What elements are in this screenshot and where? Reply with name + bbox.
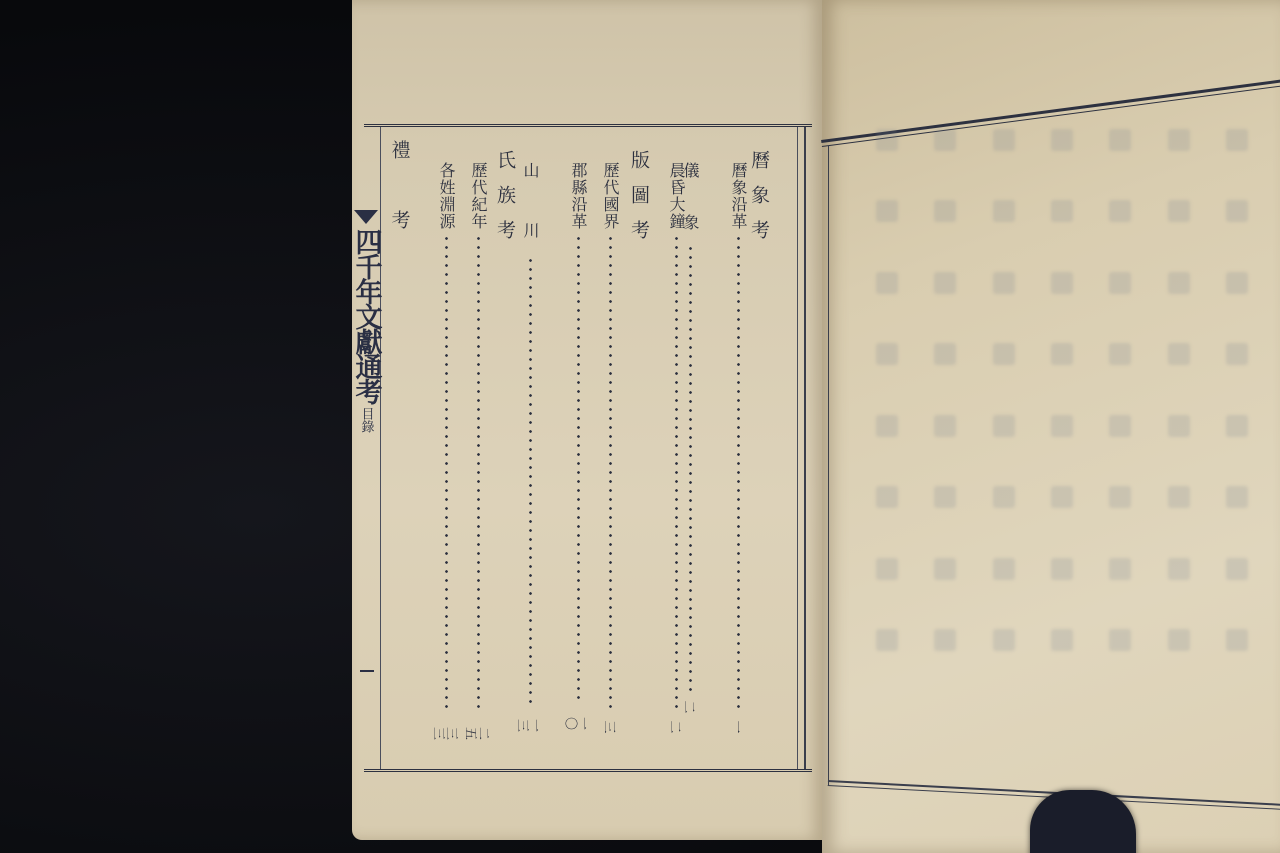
- spine-title: 四千年文獻通考: [353, 228, 380, 403]
- leaf-number-mark: [360, 670, 374, 672]
- entry-text: 各姓淵源: [438, 162, 454, 230]
- left-page-toc: 四千年文獻通考 目錄 四千年文獻通考目錄 曆象考 曆象沿革 一 儀 象 二 晨昏…: [352, 0, 822, 840]
- leader-dots: [445, 234, 448, 714]
- toc-entry[interactable]: 曆象沿革 一: [706, 162, 770, 733]
- spine-margin-label: 四千年文獻通考 目錄: [352, 210, 380, 510]
- leader-dots: [675, 234, 678, 714]
- leader-dots: [577, 234, 580, 704]
- page-number: 一〇: [565, 715, 591, 731]
- fishtail-mark-icon: [354, 210, 378, 224]
- page-number: 一: [732, 719, 745, 735]
- show-through-text: [862, 110, 1262, 670]
- entry-text: 晨昏大鐘: [668, 162, 684, 230]
- spine-subtitle: 目錄: [357, 407, 376, 433]
- right-page-faded: [822, 0, 1280, 853]
- page-clip-weight: [1030, 790, 1136, 853]
- page-number: 三三: [433, 725, 459, 741]
- left-border-rule: [828, 145, 829, 785]
- heading-text: 禮 考: [390, 140, 409, 245]
- page-number: 二: [670, 719, 683, 735]
- leader-dots: [529, 256, 532, 706]
- entry-text: 郡縣沿革: [570, 162, 586, 230]
- toc-entry[interactable]: 郡縣沿革 一〇: [546, 162, 610, 736]
- leader-dots: [737, 234, 740, 714]
- toc-heading: 禮 考: [380, 140, 418, 245]
- toc-entry[interactable]: 各姓淵源 三三: [414, 162, 478, 746]
- page-number: 一三: [517, 717, 543, 733]
- entry-text: 曆象沿革: [730, 162, 746, 230]
